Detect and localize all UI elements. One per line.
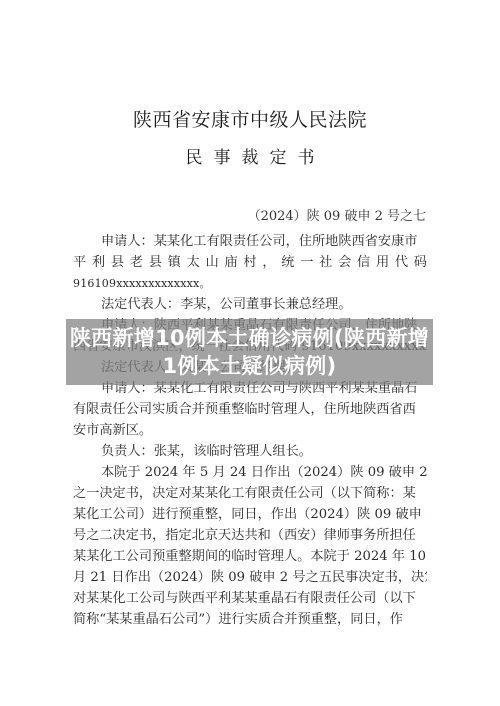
document-page: 陕西省安康市中级人民法院 民事裁定书 （2024）陕 09 破申 2 号之七 申… — [0, 0, 500, 706]
body-line: 申请人：某某化工有限责任公司，住所地陕西省安康市 — [73, 231, 427, 252]
headline-overlay-banner: 陕西新增10例本土确诊病例(陕西新增1例本土疑似病例) — [66, 319, 433, 385]
body-line: 某化工公司）进行预重整，同日，作出（2024）陕 09 破申 2 — [73, 504, 427, 525]
body-line: 月 21 日作出（2024）陕 09 破申 2 号之五民事决定书，决定 — [73, 567, 427, 588]
body-line: 本院于 2024 年 5 月 24 日作出（2024）陕 09 破申 2 号 — [73, 462, 427, 483]
body-line: 安市高新区。 — [73, 420, 427, 441]
body-line: 对某某化工公司与陕西平利某某重晶石有限责任公司（以下 — [73, 588, 427, 609]
body-line: 简称“某某重晶石公司”）进行实质合并预重整，同日，作 — [73, 609, 427, 630]
body-line: 有限责任公司实质合并预重整临时管理人，住所地陕西省西 — [73, 399, 427, 420]
court-name-heading: 陕西省安康市中级人民法院 — [0, 108, 500, 132]
document-type-heading: 民事裁定书 — [0, 147, 500, 169]
body-line: 916109xxxxxxxxxxxxx。 — [73, 273, 427, 294]
case-number: （2024）陕 09 破申 2 号之七 — [248, 207, 426, 227]
body-line: 法定代表人：李某，公司董事长兼总经理。 — [73, 294, 427, 315]
body-line: 之一决定书，决定对某某化工有限责任公司（以下简称：某 — [73, 483, 427, 504]
ruling-body: 申请人：某某化工有限责任公司，住所地陕西省安康市 平 利 县 老 县 镇 太 山… — [73, 231, 427, 630]
body-line: 某某化工公司预重整期间的临时管理人。本院于 2024 年 10 — [73, 546, 427, 567]
body-line: 负责人：张某，该临时管理人组长。 — [73, 441, 427, 462]
headline-text: 陕西新增10例本土确诊病例(陕西新增1例本土疑似病例) — [70, 324, 430, 380]
body-line: 平 利 县 老 县 镇 太 山 庙 村 ， 统 一 社 会 信 用 代 码 — [73, 252, 427, 273]
body-line: 号之二决定书，指定北京天达共和（西安）律师事务所担任 — [73, 525, 427, 546]
